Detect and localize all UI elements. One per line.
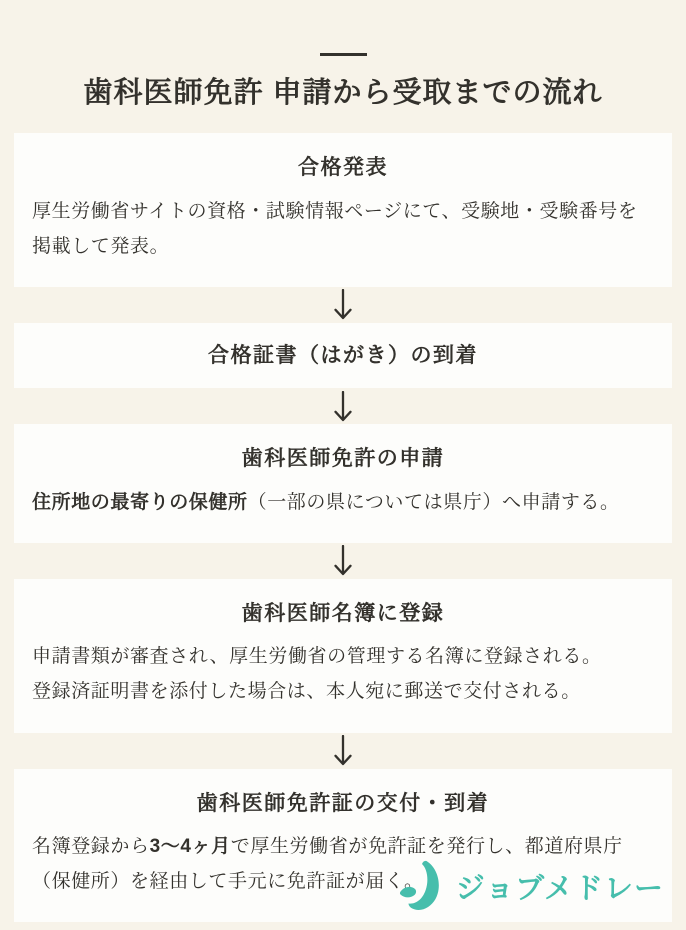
step-body-bold-text: 3〜4ヶ月 (150, 836, 231, 857)
brand-logo-text: ジョブメドレー (456, 866, 664, 907)
step-body-text: （一部の県については県庁）へ申請する。 (248, 492, 620, 513)
flow-diagram: 合格発表 厚生労働省サイトの資格・試験情報ページにて、受験地・受験番号を 掲載し… (0, 133, 686, 922)
step-heading: 歯科医師免許の申請 (32, 444, 654, 473)
step-body-line: 厚生労働省サイトの資格・試験情報ページにて、受験地・受験番号を (32, 194, 654, 229)
flow-arrow-row (0, 543, 686, 579)
step-body-line: 申請書類が審査され、厚生労働省の管理する名簿に登録される。 (32, 639, 654, 674)
step-body: 住所地の最寄りの保健所（一部の県については県庁）へ申請する。 (32, 485, 654, 520)
flow-arrow-row (0, 733, 686, 769)
step-body: 申請書類が審査され、厚生労働省の管理する名簿に登録される。 登録済証明書を添付し… (32, 639, 654, 709)
arrow-down-icon (332, 735, 354, 766)
title-dash-divider (320, 53, 367, 56)
step-box-pass-announcement: 合格発表 厚生労働省サイトの資格・試験情報ページにて、受験地・受験番号を 掲載し… (14, 133, 672, 287)
arrow-down-icon (332, 391, 354, 422)
step-box-registry-registration: 歯科医師名簿に登録 申請書類が審査され、厚生労働省の管理する名簿に登録される。 … (14, 579, 672, 733)
step-heading: 歯科医師免許証の交付・到着 (32, 789, 654, 818)
step-heading: 歯科医師名簿に登録 (32, 599, 654, 628)
arrow-down-icon (332, 545, 354, 576)
footer-brand: ジョブメドレー (396, 860, 664, 912)
step-box-license-application: 歯科医師免許の申請 住所地の最寄りの保健所（一部の県については県庁）へ申請する。 (14, 424, 672, 543)
step-body-bold-text: 住所地の最寄りの保健所 (32, 492, 248, 513)
flow-arrow-row (0, 388, 686, 424)
step-body-line: 登録済証明書を添付した場合は、本人宛に郵送で交付される。 (32, 674, 654, 709)
step-heading: 合格証書（はがき）の到着 (32, 341, 654, 370)
infographic-page: 歯科医師免許 申請から受取までの流れ 合格発表 厚生労働省サイトの資格・試験情報… (0, 0, 686, 930)
step-box-certificate-arrival: 合格証書（はがき）の到着 (14, 323, 672, 388)
arrow-down-icon (332, 289, 354, 320)
step-body-text: 名簿登録から (32, 836, 150, 857)
header: 歯科医師免許 申請から受取までの流れ (0, 0, 686, 111)
step-heading: 合格発表 (32, 153, 654, 182)
page-title: 歯科医師免許 申請から受取までの流れ (0, 75, 686, 111)
step-body-line: 掲載して発表。 (32, 229, 654, 264)
jobmedley-crescent-icon (396, 860, 446, 912)
flow-arrow-row (0, 287, 686, 323)
step-body: 厚生労働省サイトの資格・試験情報ページにて、受験地・受験番号を 掲載して発表。 (32, 194, 654, 264)
